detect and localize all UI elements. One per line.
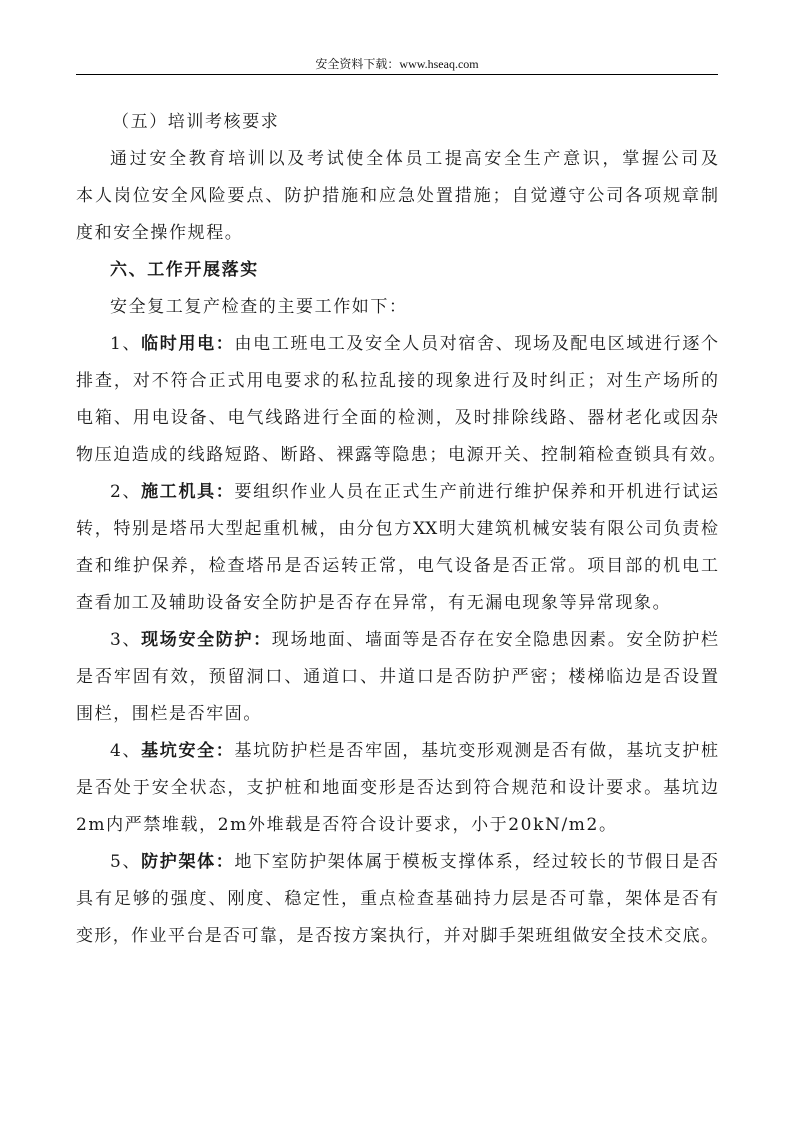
item-number: 3、	[110, 630, 141, 650]
section-6-intro: 安全复工复产检查的主要工作如下：	[76, 289, 718, 326]
item-3-first-line: 3、现场安全防护：现场地面、墙面等是否存在安全隐患因素。安全防护栏	[76, 622, 718, 659]
paragraph-line: 围栏，围栏是否牢固。	[76, 696, 718, 733]
document-body: （五）培训考核要求 通过安全教育培训以及考试使全体员工提高安全生产意识，掌握公司…	[76, 104, 718, 955]
item-1-first-line: 1、临时用电：由电工班电工及安全人员对宿舍、现场及配电区域进行逐个	[76, 326, 718, 363]
section-6-heading: 六、工作开展落实	[76, 252, 718, 289]
item-title: 基坑安全：	[141, 741, 234, 761]
header-label: 安全资料下载：	[315, 57, 399, 71]
item-text: 现场地面、墙面等是否存在安全隐患因素。安全防护栏	[272, 630, 718, 650]
paragraph-line: 是否处于安全状态，支护桩和地面变形是否达到符合规范和设计要求。基坑边	[76, 770, 718, 807]
item-title: 现场安全防护：	[141, 630, 272, 650]
paragraph-line: 是否牢固有效，预留洞口、通道口、井道口是否防护严密；楼梯临边是否设置	[76, 659, 718, 696]
item-2-first-line: 2、施工机具：要组织作业人员在正式生产前进行维护保养和开机进行试运	[76, 474, 718, 511]
paragraph-line: 转，特别是塔吊大型起重机械，由分包方XX明大建筑机械安装有限公司负责检	[76, 511, 718, 548]
paragraph-line: 度和安全操作规程。	[76, 215, 718, 252]
item-title: 临时用电：	[141, 334, 234, 354]
item-number: 4、	[110, 741, 141, 761]
header-site-link: www.hseaq.com	[399, 57, 478, 71]
item-text: 要组织作业人员在正式生产前进行维护保养和开机进行试运	[234, 482, 718, 502]
item-text: 由电工班电工及安全人员对宿舍、现场及配电区域进行逐个	[234, 334, 718, 354]
page-header: 安全资料下载：www.hseaq.com	[76, 56, 718, 72]
item-title: 施工机具：	[141, 482, 234, 502]
item-4-first-line: 4、基坑安全：基坑防护栏是否牢固，基坑变形观测是否有做，基坑支护桩	[76, 733, 718, 770]
paragraph-line: 变形，作业平台是否可靠，是否按方案执行，并对脚手架班组做安全技术交底。	[76, 918, 718, 955]
paragraph-line: 具有足够的强度、刚度、稳定性，重点检查基础持力层是否可靠，架体是否有	[76, 881, 718, 918]
paragraph-line: 物压迫造成的线路短路、断路、裸露等隐患；电源开关、控制箱检查锁具有效。	[76, 437, 718, 474]
paragraph-line: 查和维护保养，检查塔吊是否运转正常，电气设备是否正常。项目部的机电工	[76, 548, 718, 585]
paragraph-line: 2m内严禁堆载，2m外堆载是否符合设计要求，小于20kN/m2。	[76, 807, 718, 844]
item-5-first-line: 5、防护架体：地下室防护架体属于模板支撑体系，经过较长的节假日是否	[76, 844, 718, 881]
section-5-heading: （五）培训考核要求	[76, 104, 718, 141]
paragraph-line: 通过安全教育培训以及考试使全体员工提高安全生产意识，掌握公司及	[76, 141, 718, 178]
item-title: 防护架体：	[141, 852, 234, 872]
item-number: 5、	[110, 852, 141, 872]
paragraph-line: 电箱、用电设备、电气线路进行全面的检测，及时排除线路、器材老化或因杂	[76, 400, 718, 437]
item-text: 基坑防护栏是否牢固，基坑变形观测是否有做，基坑支护桩	[234, 741, 718, 761]
paragraph-line: 排查，对不符合正式用电要求的私拉乱接的现象进行及时纠正；对生产场所的	[76, 363, 718, 400]
item-number: 1、	[110, 334, 141, 354]
paragraph-line: 本人岗位安全风险要点、防护措施和应急处置措施；自觉遵守公司各项规章制	[76, 178, 718, 215]
item-text: 地下室防护架体属于模板支撑体系，经过较长的节假日是否	[234, 852, 718, 872]
item-number: 2、	[110, 482, 141, 502]
paragraph-line: 查看加工及辅助设备安全防护是否存在异常，有无漏电现象等异常现象。	[76, 585, 718, 622]
header-divider	[76, 74, 718, 75]
